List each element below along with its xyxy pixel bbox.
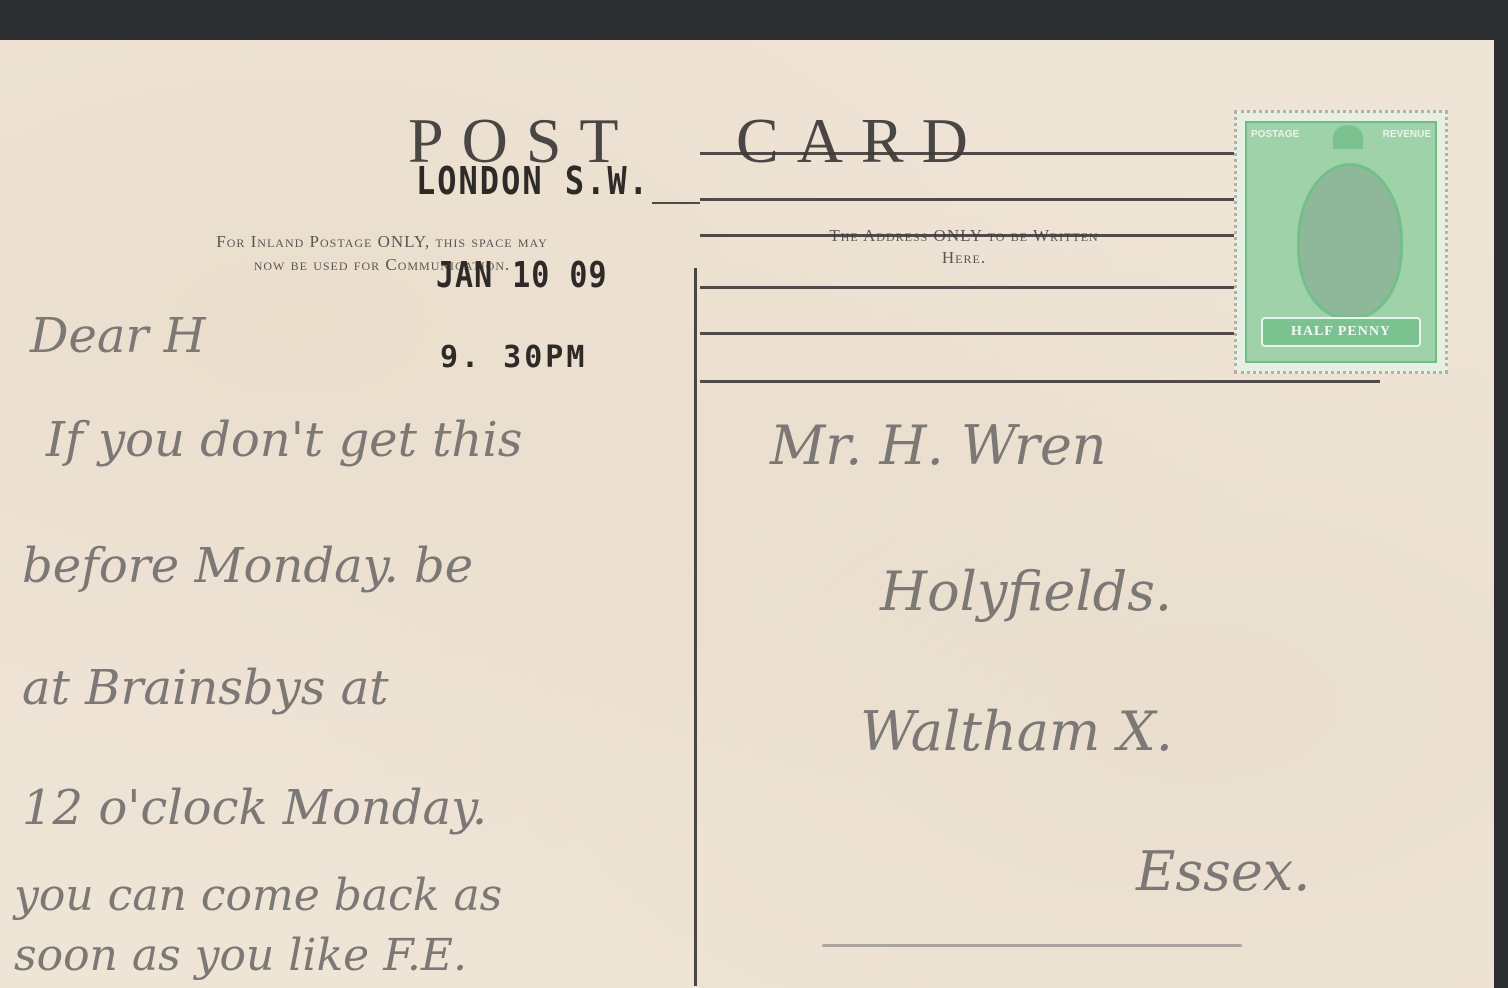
message-line: you can come back as (14, 870, 502, 921)
postmark-location: LONDON S.W. (416, 158, 650, 204)
message-line: Dear H (30, 308, 206, 364)
king-portrait-icon (1297, 163, 1403, 319)
postcard-back: POST CARD For Inland Postage ONLY, this … (0, 40, 1494, 988)
stamp-face: POSTAGE REVENUE HALF PENNY (1245, 121, 1437, 363)
stamp-revenue-label: REVENUE (1383, 129, 1431, 140)
instruction-right-line2: Here. (722, 248, 1206, 268)
half-penny-stamp: POSTAGE REVENUE HALF PENNY (1234, 110, 1448, 374)
address-line-county: Essex. (1136, 840, 1310, 903)
message-line: If you don't get this (46, 412, 522, 468)
cancel-connector (652, 202, 700, 204)
message-line: soon as you like F.E. (14, 930, 467, 981)
title-card: CARD (736, 104, 986, 178)
message-line: at Brainsbys at (22, 660, 389, 716)
stamp-postage-label: POSTAGE (1251, 129, 1299, 140)
message-line: before Monday. be (22, 538, 473, 594)
address-underline (822, 944, 1242, 947)
divider-line (694, 268, 697, 986)
stamp-top-labels: POSTAGE REVENUE (1251, 129, 1431, 140)
instruction-left-line1: For Inland Postage ONLY, this space may (92, 232, 672, 252)
stamp-value-label: HALF PENNY (1261, 317, 1421, 347)
message-line: 12 o'clock Monday. (22, 780, 487, 836)
cancel-line (700, 380, 1380, 383)
address-line-town: Waltham X. (860, 700, 1173, 763)
address-line-name: Mr. H. Wren (770, 414, 1107, 477)
address-line-house: Holyfields. (880, 560, 1172, 623)
postmark-date: JAN 10 09 (436, 255, 608, 297)
postmark-time: 9. 30PM (440, 340, 587, 375)
